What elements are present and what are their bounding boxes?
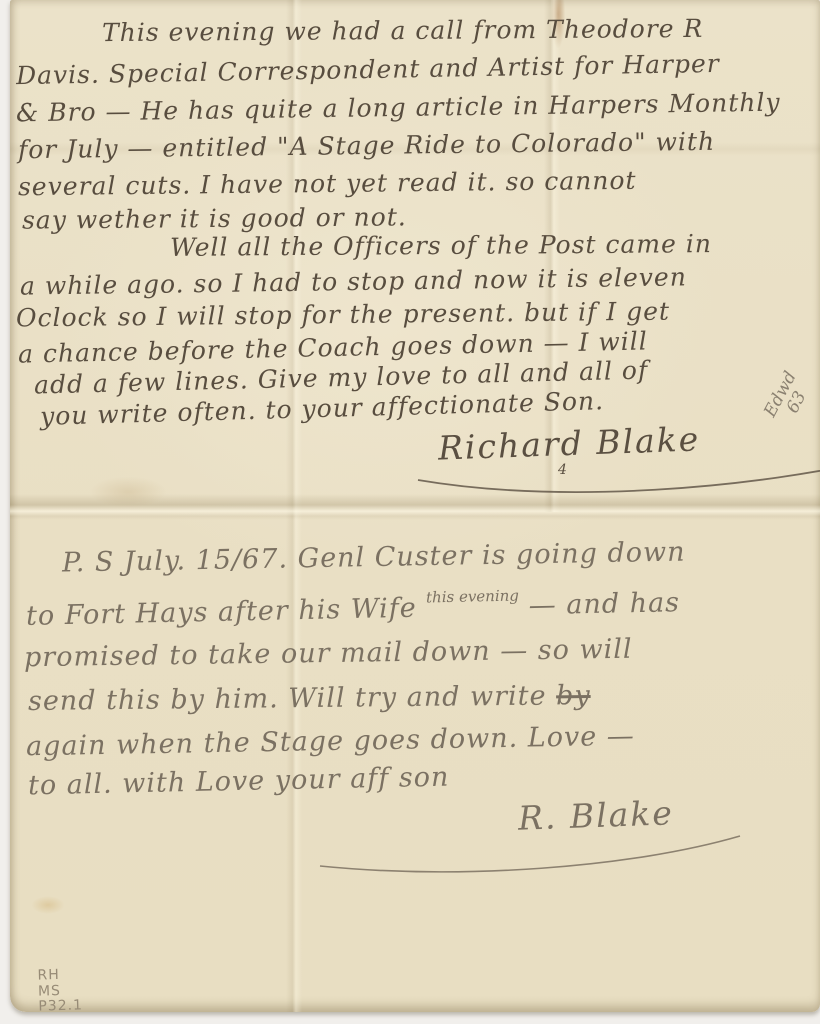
fold-crease-horizontal-main (10, 494, 820, 520)
letter-paper: This evening we had a call from Theodore… (10, 0, 820, 1012)
catalog-mark-line: RH (37, 967, 82, 984)
signature-richard-blake: Richard Blake (437, 419, 700, 467)
ps-line: again when the Stage goes down. Love — (26, 721, 635, 763)
catalog-mark: RH MS P32.1 (37, 967, 83, 1015)
margin-note: Edwd 63 (762, 369, 816, 429)
catalog-mark-line: P32.1 (38, 999, 83, 1016)
letter-line: Davis. Special Correspondent and Artist … (16, 49, 720, 90)
ps-interlinear-insertion: this evening (426, 587, 519, 607)
letter-line: say wether it is good or not. (22, 202, 407, 234)
ps-line-text: — and has (528, 587, 680, 621)
signature-flourish-mark: 4 (558, 462, 567, 478)
letter-line: a while ago. so I had to stop and now it… (20, 262, 687, 300)
ps-line: send this by him. Will try and write by (28, 680, 591, 717)
letter-line: Well all the Officers of the Post came i… (170, 229, 712, 262)
ps-line: to all. with Love your aff son (28, 762, 450, 802)
signature-r-blake: R. Blake (517, 793, 674, 837)
letter-line: for July — entitled "A Stage Ride to Col… (18, 127, 715, 165)
ps-struck-word: by (556, 680, 591, 711)
ps-line: to Fort Hays after his Wife this evening… (26, 583, 681, 632)
letter-line: several cuts. I have not yet read it. so… (18, 166, 637, 201)
letter-line: This evening we had a call from Theodore… (102, 14, 704, 47)
letter-line: & Bro — He has quite a long article in H… (16, 88, 781, 128)
ps-signature-flourish (310, 832, 750, 876)
ps-line: P. S July. 15/67. Genl Custer is going d… (62, 537, 686, 579)
ps-line-text: send this by him. Will try and write (28, 681, 547, 717)
ps-line: promised to take our mail down — so will (24, 634, 633, 673)
ps-line-text: to Fort Hays after his Wife (26, 593, 417, 632)
